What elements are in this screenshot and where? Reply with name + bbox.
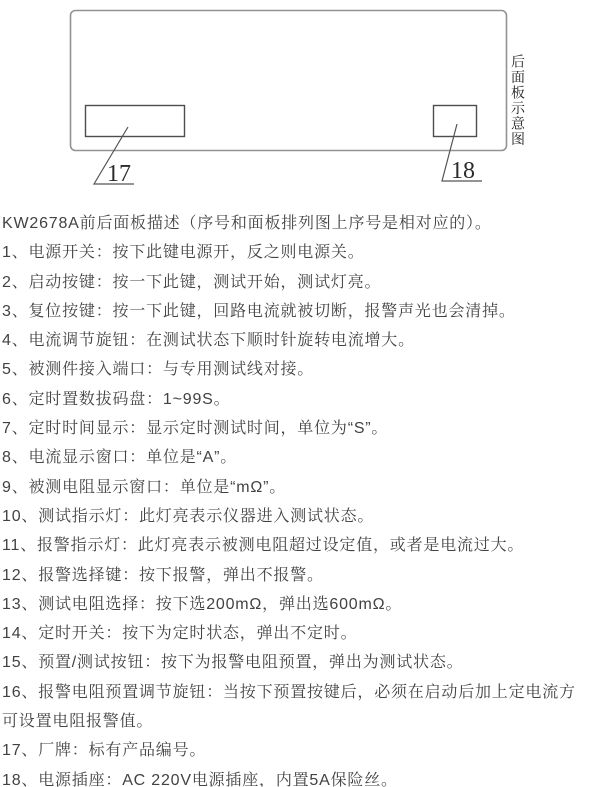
description-title: KW2678A前后面板描述（序号和面板排列图上序号是相对应的）。 xyxy=(2,209,591,238)
description-item-8: 8、电流显示窗口：单位是“A”。 xyxy=(2,443,591,472)
description-item-4: 4、电流调节旋钮：在测试状态下顺时针旋转电流增大。 xyxy=(2,326,591,355)
description-item-9: 9、被测电阻显示窗口：单位是“mΩ”。 xyxy=(2,473,591,502)
callout-17-label: 17 xyxy=(107,161,131,187)
description-item-18: 18、电源插座：AC 220V电源插座，内置5A保险丝。 xyxy=(2,766,591,787)
description-item-14: 14、定时开关：按下为定时状态，弹出不定时。 xyxy=(2,619,591,648)
description-item-1: 1、电源开关：按下此键电源开，反之则电源关。 xyxy=(2,238,591,267)
panel-description: KW2678A前后面板描述（序号和面板排列图上序号是相对应的）。 1、电源开关：… xyxy=(0,209,605,787)
manual-page: 17 18 后面板示意图 KW2678A前后面板描述（序号和面板排列图上序号是相… xyxy=(0,0,605,787)
diagram-side-caption: 后面板示意图 xyxy=(511,54,525,147)
description-item-17: 17、厂牌：标有产品编号。 xyxy=(2,736,591,765)
description-item-11: 11、报警指示灯：此灯亮表示被测电阻超过设定值，或者是电流过大。 xyxy=(2,531,591,560)
nameplate-cutout xyxy=(86,106,185,137)
description-item-3: 3、复位按键：按一下此键，回路电流就被切断，报警声光也会清掉。 xyxy=(2,297,591,326)
description-item-16: 16、报警电阻预置调节旋钮：当按下预置按键后，必须在启动后加上定电流方可设置电阻… xyxy=(2,678,591,737)
description-item-12: 12、报警选择键：按下报警，弹出不报警。 xyxy=(2,561,591,590)
description-item-10: 10、测试指示灯：此灯亮表示仪器进入测试状态。 xyxy=(2,502,591,531)
description-item-13: 13、测试电阻选择：按下选200mΩ，弹出选600mΩ。 xyxy=(2,590,591,619)
rear-panel-diagram: 17 18 后面板示意图 xyxy=(0,0,605,211)
description-item-5: 5、被测件接入端口：与专用测试线对接。 xyxy=(2,355,591,384)
description-item-7: 7、定时时间显示：显示定时测试时间，单位为“S”。 xyxy=(2,414,591,443)
description-item-6: 6、定时置数拔码盘：1~99S。 xyxy=(2,385,591,414)
description-item-15: 15、预置/测试按钮：按下为报警电阻预置，弹出为测试状态。 xyxy=(2,648,591,677)
callout-18-label: 18 xyxy=(451,158,475,184)
description-item-2: 2、启动按键：按一下此键，测试开始，测试灯亮。 xyxy=(2,268,591,297)
